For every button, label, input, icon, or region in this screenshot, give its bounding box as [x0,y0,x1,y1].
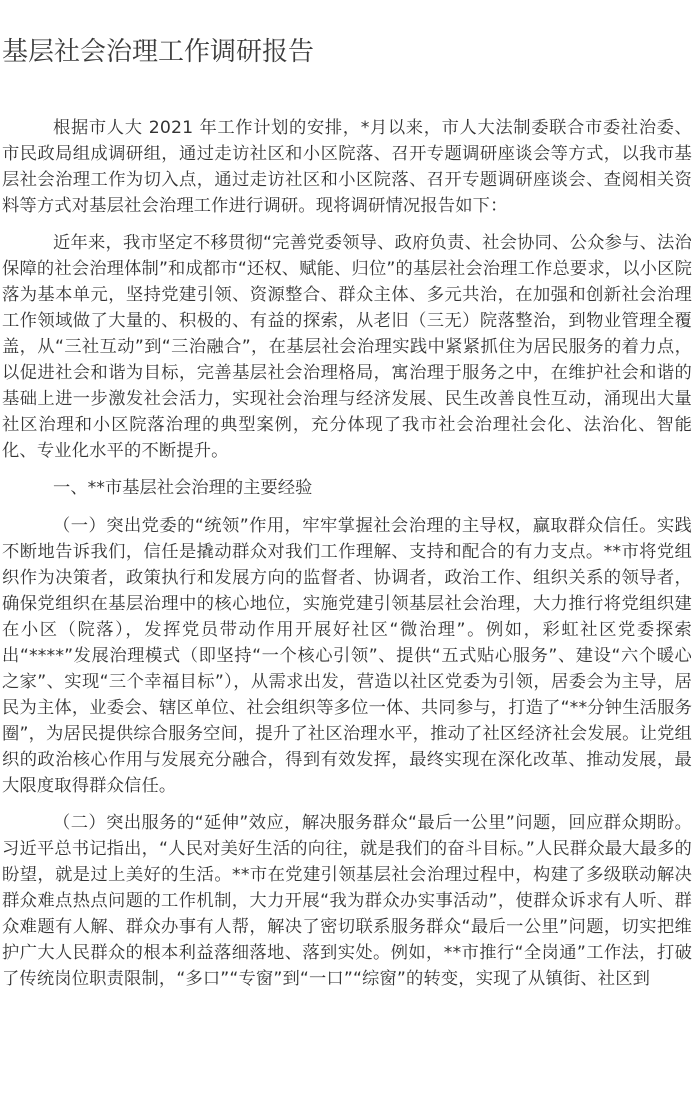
subsection-1-paragraph: （一）突出党委的“统领”作用，牢牢掌握社会治理的主导权，赢取群众信任。实践不断地… [2,513,692,799]
document-title: 基层社会治理工作调研报告 [2,32,314,72]
background-paragraph: 近年来，我市坚定不移贯彻“完善党委领导、政府负责、社会协同、公众参与、法治保障的… [2,230,692,464]
subsection-2-paragraph: （二）突出服务的“延伸”效应，解决服务群众“最后一公里”问题，回应群众期盼。习近… [2,810,692,992]
section-heading: 一、**市基层社会治理的主要经验 [2,475,692,501]
intro-paragraph: 根据市人大 2021 年工作计划的安排，*月以来，市人大法制委联合市委社治委、市… [2,115,692,219]
document-body: 根据市人大 2021 年工作计划的安排，*月以来，市人大法制委联合市委社治委、市… [2,115,692,1003]
